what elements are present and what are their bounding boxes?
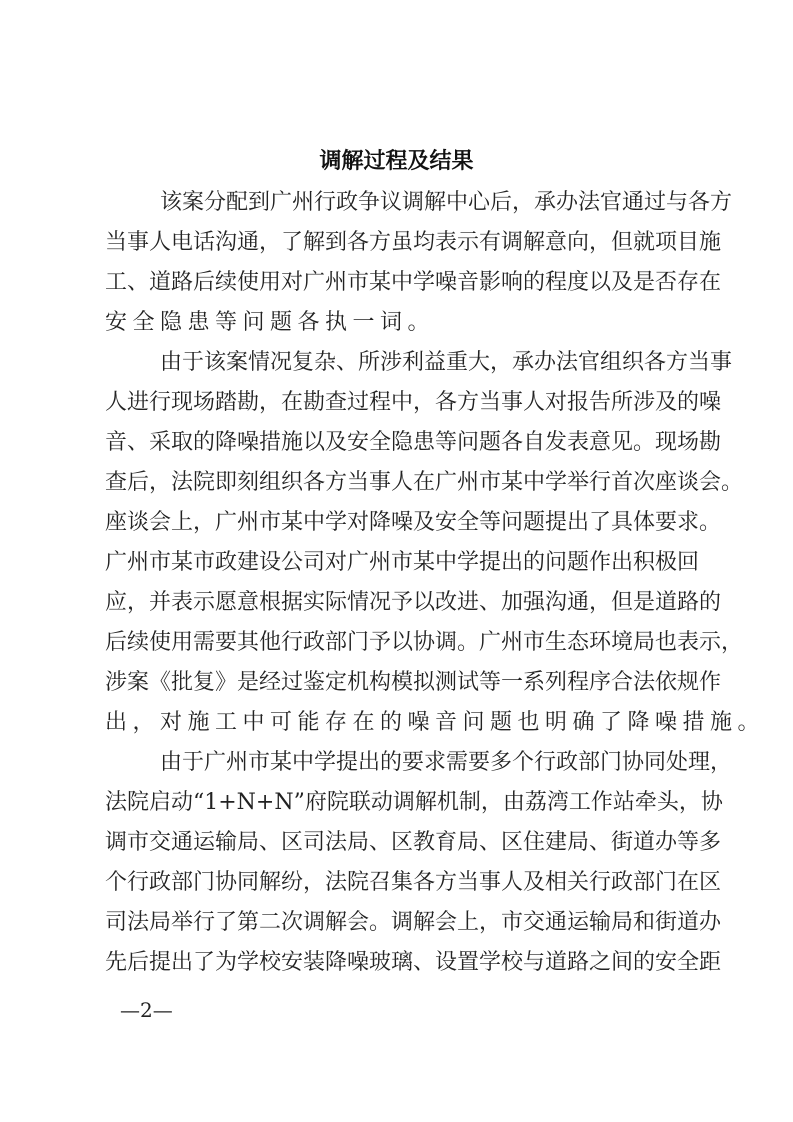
paragraph-2-line-1: 由于该案情况复杂、所涉利益重大，承办法官组织各方当事 xyxy=(105,343,687,383)
paragraph-2-line-8: 后续使用需要其他行政部门予以协调。广州市生态环境局也表示， xyxy=(105,623,687,663)
paragraph-2-line-5: 座谈会上，广州市某中学对降噪及安全等问题提出了具体要求。 xyxy=(105,503,687,543)
section-title: 调解过程及结果 xyxy=(0,146,793,178)
paragraph-2-line-10: 出，对施工中可能存在的噪音问题也明确了降噪措施。 xyxy=(105,703,687,743)
paragraph-2-line-6: 广州市某市政建设公司对广州市某中学提出的问题作出积极回 xyxy=(105,543,687,583)
document-page: 调解过程及结果 该案分配到广州行政争议调解中心后，承办法官通过与各方 当事人电话… xyxy=(0,0,793,1122)
body-text: 该案分配到广州行政争议调解中心后，承办法官通过与各方 当事人电话沟通，了解到各方… xyxy=(105,183,687,983)
paragraph-1-line-4: 安全隐患等问题各执一词。 xyxy=(105,303,687,343)
paragraph-2-line-4: 查后，法院即刻组织各方当事人在广州市某中学举行首次座谈会。 xyxy=(105,463,687,503)
paragraph-3-line-3: 调市交通运输局、区司法局、区教育局、区住建局、街道办等多 xyxy=(105,823,687,863)
paragraph-3-line-5: 司法局举行了第二次调解会。调解会上，市交通运输局和街道办 xyxy=(105,903,687,943)
page-number: —2— xyxy=(120,996,173,1024)
paragraph-2-line-7: 应，并表示愿意根据实际情况予以改进、加强沟通，但是道路的 xyxy=(105,583,687,623)
paragraph-3-line-2: 法院启动“1+N+N”府院联动调解机制，由荔湾工作站牵头，协 xyxy=(105,783,687,823)
paragraph-3-line-1: 由于广州市某中学提出的要求需要多个行政部门协同处理， xyxy=(105,743,687,783)
paragraph-1-line-2: 当事人电话沟通，了解到各方虽均表示有调解意向，但就项目施 xyxy=(105,223,687,263)
paragraph-1-line-1: 该案分配到广州行政争议调解中心后，承办法官通过与各方 xyxy=(105,183,687,223)
paragraph-2-line-9: 涉案《批复》是经过鉴定机构模拟测试等一系列程序合法依规作 xyxy=(105,663,687,703)
paragraph-2-line-3: 音、采取的降噪措施以及安全隐患等问题各自发表意见。现场勘 xyxy=(105,423,687,463)
paragraph-1-line-3: 工、道路后续使用对广州市某中学噪音影响的程度以及是否存在 xyxy=(105,263,687,303)
paragraph-3-line-4: 个行政部门协同解纷，法院召集各方当事人及相关行政部门在区 xyxy=(105,863,687,903)
paragraph-3-line-6: 先后提出了为学校安装降噪玻璃、设置学校与道路之间的安全距 xyxy=(105,943,687,983)
paragraph-2-line-2: 人进行现场踏勘，在勘查过程中，各方当事人对报告所涉及的噪 xyxy=(105,383,687,423)
